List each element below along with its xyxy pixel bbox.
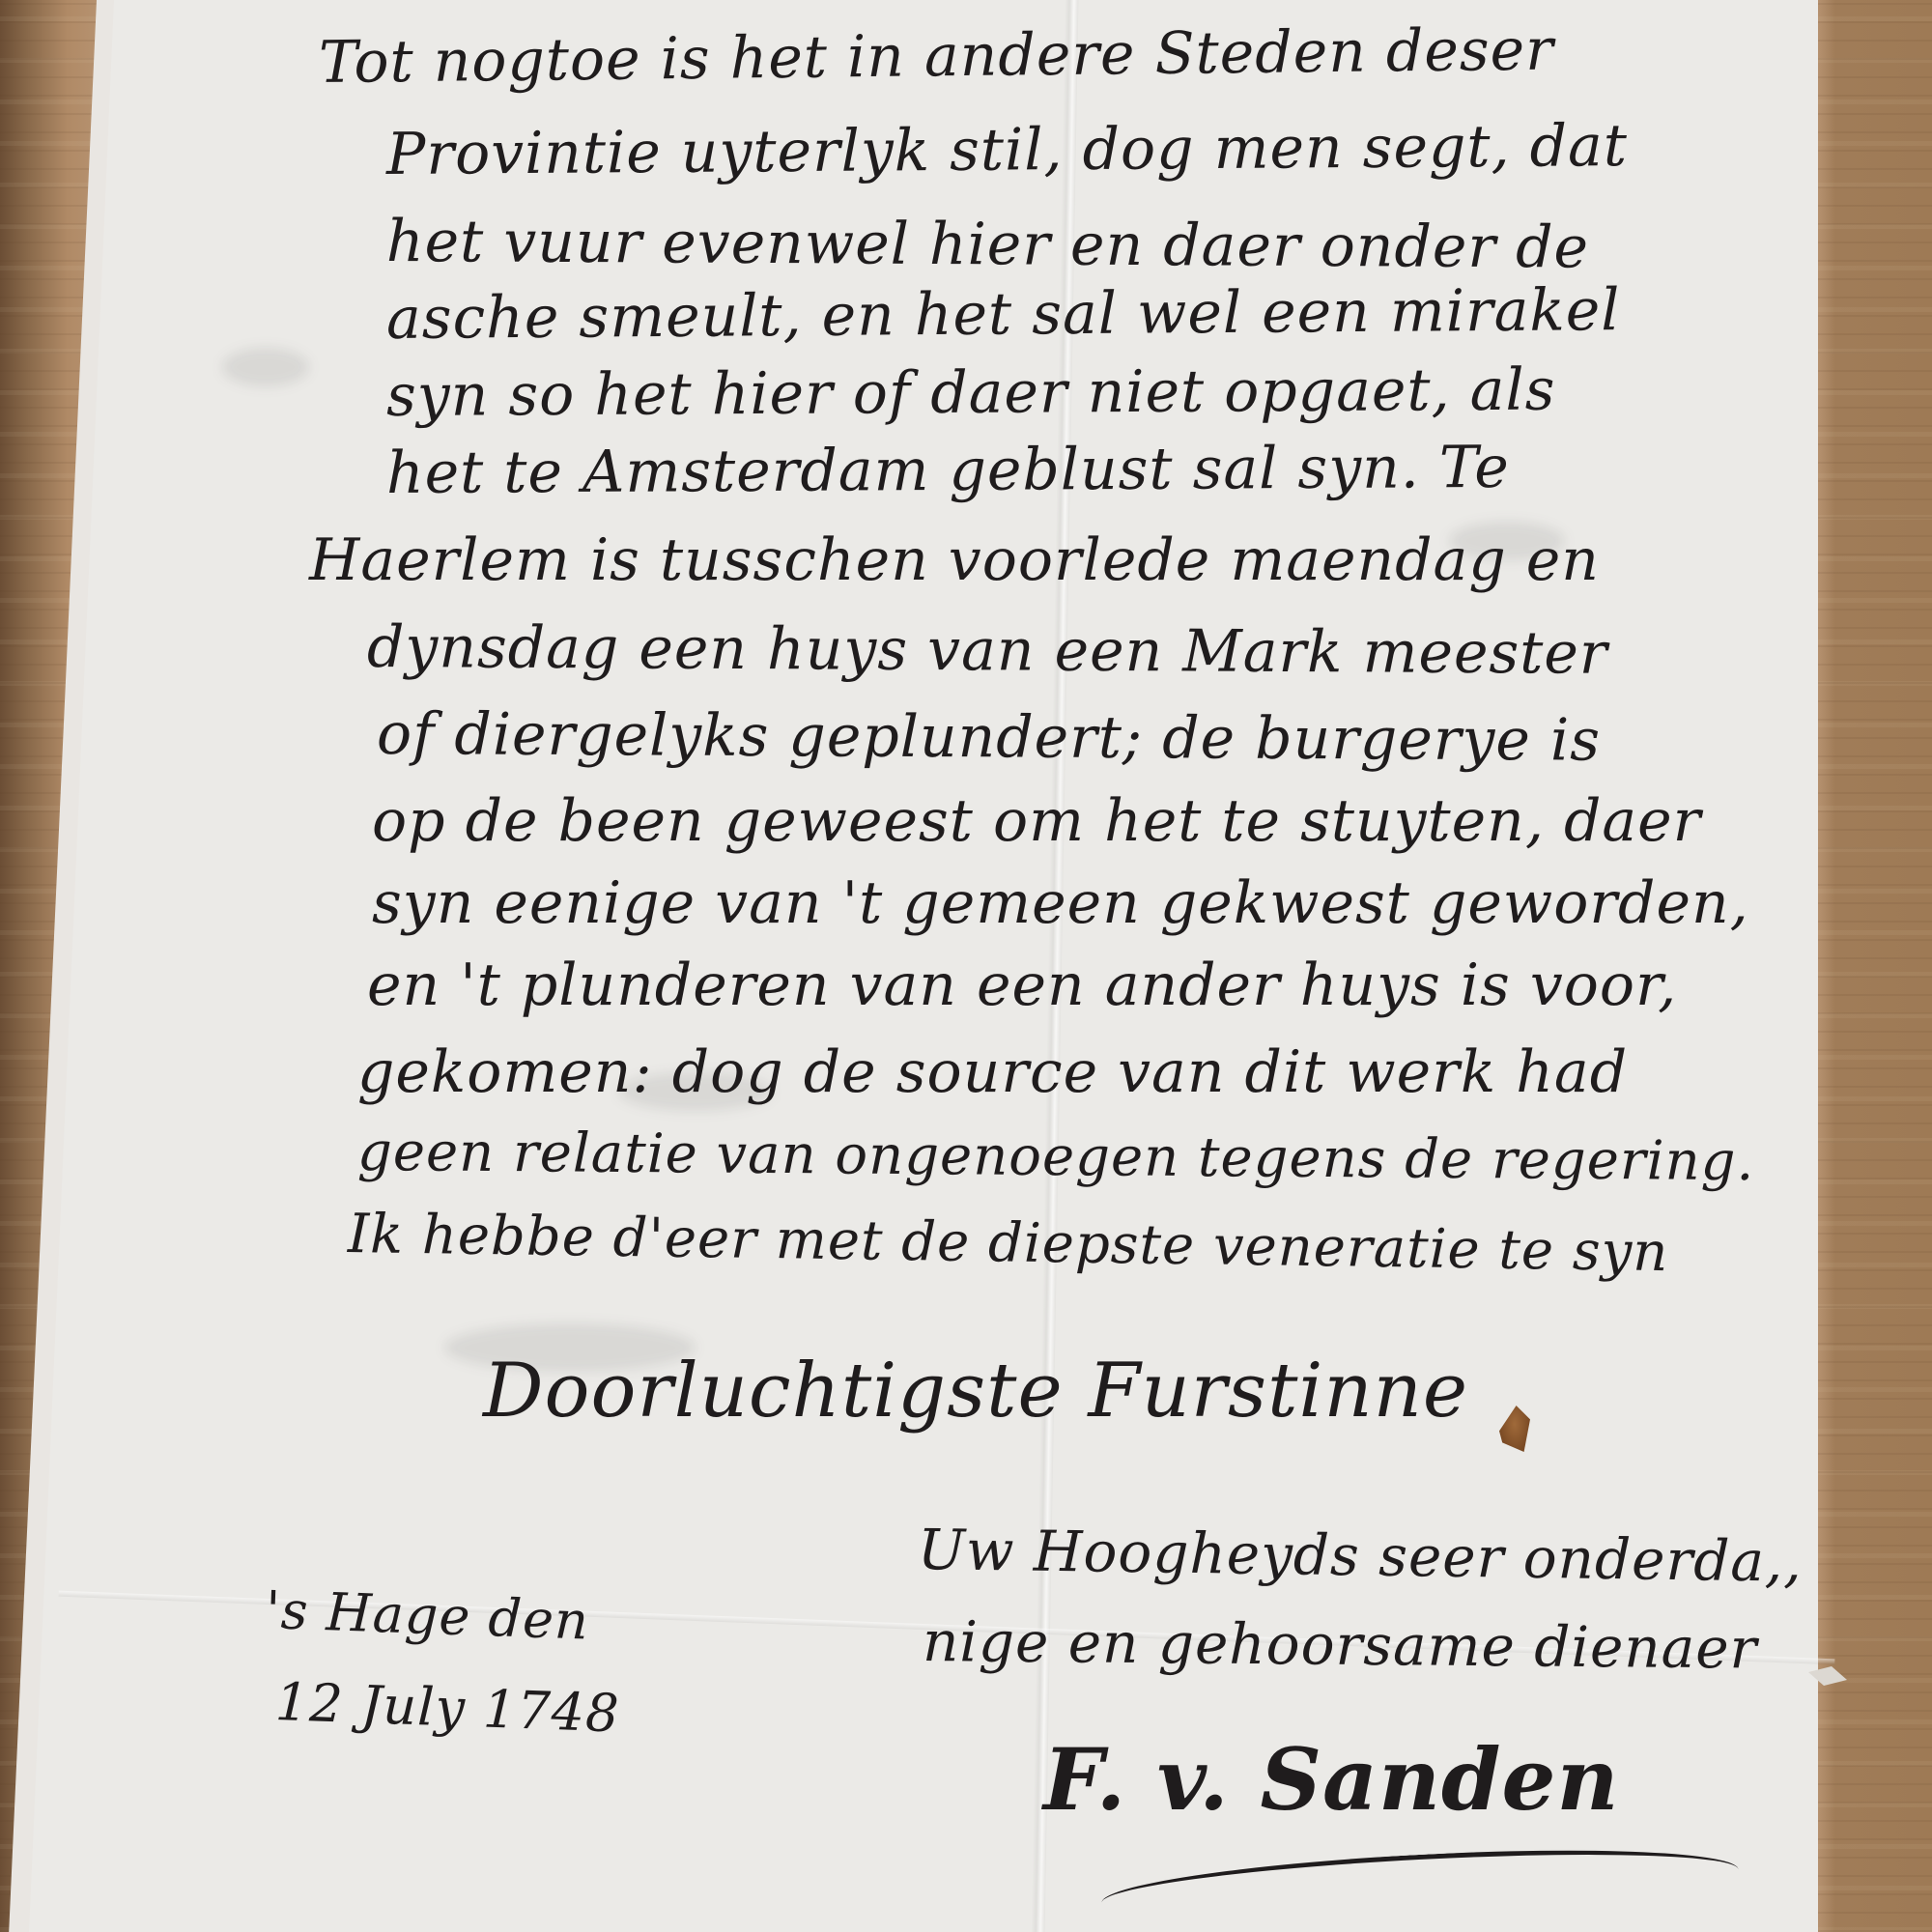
- letter-line-3: het vuur evenwel hier en daer onder de: [386, 208, 1589, 282]
- place-line: 's Hage den: [265, 1579, 590, 1652]
- signature-flourish: [1100, 1838, 1740, 1932]
- letter-line-9: of diergelyks geplundert; de burgerye is: [377, 700, 1601, 775]
- letter-line-4: asche smeult, en het sal wel een mirakel: [386, 276, 1621, 353]
- paper-tear: [1808, 1666, 1847, 1686]
- closing-line-2: nige en gehoorsame dienaer: [923, 1608, 1758, 1682]
- letter-line-5: syn so het hier of daer niet opgaet, als: [386, 356, 1556, 430]
- salutation: Doorluchtigste Furstinne: [483, 1348, 1468, 1435]
- letter-line-10: op de been geweest om het te stuyten, da…: [372, 787, 1701, 855]
- letter-line-6: het te Amsterdam geblust sal syn. Te: [386, 434, 1510, 507]
- letter-page: Tot nogtoe is het in andere Steden deser…: [0, 0, 1932, 1932]
- letter-line-7: Haerlem is tusschen voorlede maendag en: [309, 526, 1600, 594]
- letter-line-8: dynsdag een huys van een Mark meester: [367, 613, 1608, 688]
- letter-line-12: en 't plunderen van een ander huys is vo…: [367, 952, 1677, 1019]
- letter-line-14: geen relatie van ongenoegen tegens de re…: [357, 1121, 1755, 1193]
- closing-line-1: Uw Hoogheyds seer onderda,,: [918, 1517, 1804, 1595]
- letter-line-11: syn eenige van 't gemeen gekwest geworde…: [372, 869, 1749, 937]
- ink-bleed: [222, 348, 309, 386]
- letter-line-2: Provintie uyterlyk stil, dog men segt, d…: [386, 112, 1628, 188]
- signature: F. v. Sanden: [1043, 1729, 1620, 1830]
- letter-line-15: Ik hebbe d'eer met de diepste veneratie …: [348, 1203, 1669, 1284]
- letter-line-13: gekomen: dog de source van dit werk had: [357, 1038, 1628, 1106]
- letter-line-1: Tot nogtoe is het in andere Steden deser: [319, 16, 1554, 97]
- wax-stain: [1499, 1406, 1530, 1452]
- date-line: 12 July 1748: [274, 1671, 621, 1744]
